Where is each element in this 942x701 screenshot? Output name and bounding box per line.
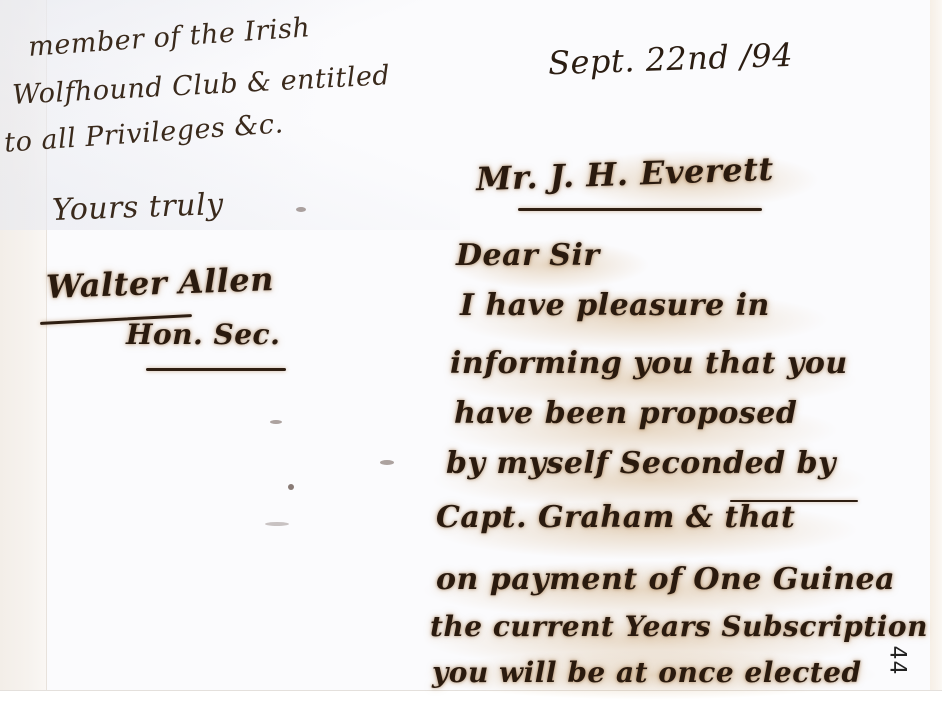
body-line-7: the current Years Subscription (430, 610, 928, 643)
body-line-8: you will be at once elected (432, 656, 862, 689)
body-line-5: Capt. Graham & that (436, 500, 795, 535)
body-line-2: informing you that you (450, 346, 848, 381)
body-line-4: by myself Seconded by (446, 446, 836, 481)
struck-through-line (730, 500, 858, 502)
right-page-edge (930, 0, 942, 701)
addressee-underline (518, 208, 762, 211)
letter-date: Sept. 22nd /94 (547, 36, 793, 83)
signer-title: Hon. Sec. (126, 318, 280, 351)
body-line-3: have been proposed (454, 396, 797, 431)
title-underline (146, 368, 286, 371)
body-line-1: I have pleasure in (460, 288, 770, 323)
paper-speck (296, 207, 306, 212)
scanned-letter-page: member of the Irish Wolfhound Club & ent… (0, 0, 942, 701)
paper-speck (270, 420, 282, 424)
page-number: 44 (885, 646, 910, 676)
paper-speck (288, 484, 294, 490)
salutation: Dear Sir (456, 238, 600, 273)
body-line-6: on payment of One Guinea (436, 562, 895, 597)
paper-speck (265, 522, 289, 526)
paper-speck (380, 460, 394, 465)
signature: Walter Allen (45, 260, 274, 306)
closing: Yours truly (51, 187, 224, 228)
